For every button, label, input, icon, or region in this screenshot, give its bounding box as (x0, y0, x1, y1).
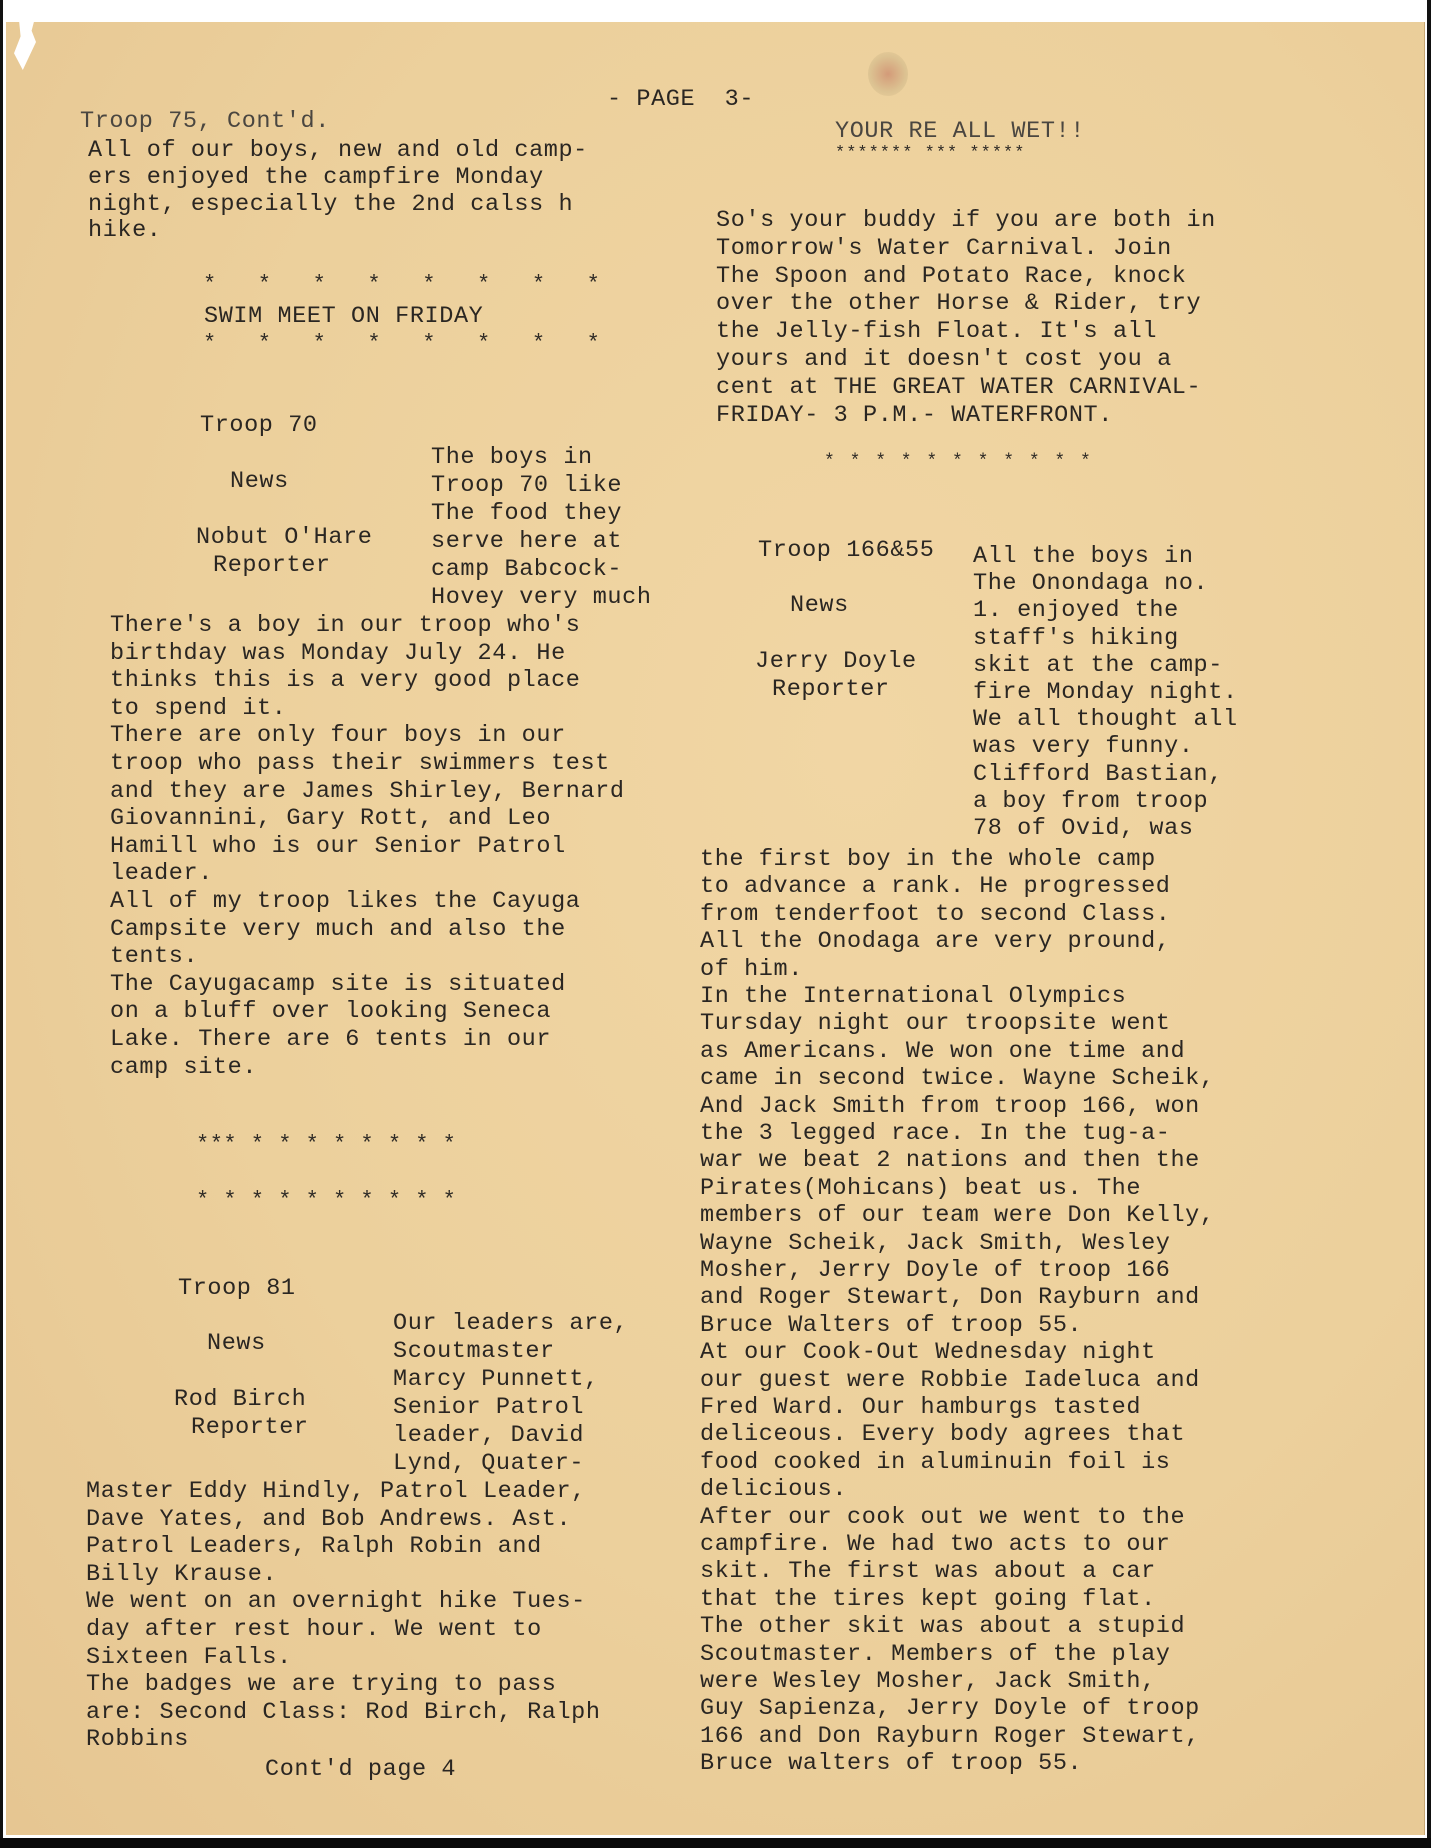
star-divider: * * * * * * * * (203, 272, 600, 297)
text-line: Mosher, Jerry Doyle of troop 166 (700, 1257, 1170, 1284)
text-line: We went on an overnight hike Tues- (86, 1588, 586, 1615)
text-line: to advance a rank. He progressed (700, 873, 1170, 900)
text-line: Lynd, Quater- (393, 1450, 584, 1477)
text-line: as Americans. We won one time and (700, 1038, 1185, 1065)
text-line: and Roger Stewart, Don Rayburn and (700, 1284, 1200, 1311)
troop166-55-title: Troop 166&55 (758, 537, 934, 564)
text-line: Dave Yates, and Bob Andrews. Ast. (86, 1506, 571, 1533)
troop166-55-reporter-label: Reporter (772, 676, 890, 703)
text-line: Senior Patrol (393, 1394, 584, 1421)
text-line: thinks this is a very good place (110, 667, 580, 694)
text-line: of him. (700, 956, 803, 983)
text-line: Sixteen Falls. (86, 1644, 292, 1671)
star-divider: * * * * * * * * (203, 331, 600, 356)
swim-meet-title: SWIM MEET ON FRIDAY (204, 303, 483, 330)
troop81-title: Troop 81 (178, 1275, 296, 1302)
troop81-reporter-label: Reporter (191, 1414, 309, 1441)
text-line: All of our boys, new and old camp- (88, 137, 588, 164)
water-carnival-title: YOUR RE ALL WET!! (835, 118, 1085, 145)
text-line: skit. The first was about a car (700, 1558, 1156, 1585)
text-line: After our cook out we went to the (700, 1504, 1185, 1531)
text-line: and they are James Shirley, Bernard (110, 778, 625, 805)
text-line: day after rest hour. We went to (86, 1616, 542, 1643)
text-line: We all thought all (973, 706, 1238, 733)
star-divider: *** * * * * * * * * (196, 1132, 456, 1157)
text-line: Bruce Walters of troop 55. (700, 1312, 1082, 1339)
text-line: camp Babcock- (431, 556, 622, 583)
troop81-news-label: News (207, 1330, 266, 1357)
text-line: Robbins (86, 1726, 189, 1753)
text-line: Guy Sapienza, Jerry Doyle of troop (700, 1695, 1200, 1722)
text-line: war we beat 2 nations and then the (700, 1147, 1200, 1174)
text-line: All the boys in (973, 543, 1194, 570)
text-line: At our Cook-Out Wednesday night (700, 1339, 1156, 1366)
text-line: a boy from troop (973, 788, 1208, 815)
text-line: There's a boy in our troop who's (110, 612, 580, 639)
text-line: The Spoon and Potato Race, knock (716, 263, 1186, 290)
text-line: Master Eddy Hindly, Patrol Leader, (86, 1478, 586, 1505)
text-line: are: Second Class: Rod Birch, Ralph (86, 1699, 601, 1726)
troop70-reporter-label: Reporter (213, 552, 331, 579)
text-line: All of my troop likes the Cayuga (110, 888, 580, 915)
text-line: The boys in (431, 444, 593, 471)
text-line: Troop 70 like (431, 472, 622, 499)
text-line: food cooked in aluminuin foil is (700, 1449, 1170, 1476)
text-line: Lake. There are 6 tents in our (110, 1026, 551, 1053)
text-line: Hovey very much (431, 584, 652, 611)
text-line: The Onondaga no. (973, 570, 1208, 597)
text-line: was very funny. (973, 733, 1194, 760)
text-line: Hamill who is our Senior Patrol (110, 833, 566, 860)
text-line: campfire. We had two acts to our (700, 1531, 1170, 1558)
star-divider: * * * * * * * * * * * (824, 452, 1093, 472)
text-line: Our leaders are, (393, 1310, 628, 1337)
text-line: And Jack Smith from troop 166, won (700, 1093, 1200, 1120)
text-line: hike. (88, 217, 162, 244)
troop166-55-reporter-name: Jerry Doyle (755, 648, 917, 675)
text-line: Bruce walters of troop 55. (700, 1750, 1082, 1777)
text-line: troop who pass their swimmers test (110, 750, 610, 777)
troop70-news-label: News (230, 468, 289, 495)
scan-border-right (1427, 0, 1431, 1848)
scan-border-left (0, 0, 3, 1848)
text-line: deliceous. Every body agrees that (700, 1421, 1185, 1448)
text-line: leader. (110, 860, 213, 887)
text-line: tents. (110, 943, 198, 970)
star-divider: * * * * * * * * * * (196, 1188, 456, 1213)
text-line: Marcy Punnett, (393, 1366, 599, 1393)
text-line: yours and it doesn't cost you a (716, 346, 1172, 373)
text-line: over the other Horse & Rider, try (716, 290, 1201, 317)
troop75-heading: Troop 75, Cont'd. (80, 108, 330, 135)
text-line: that the tires kept going flat. (700, 1586, 1156, 1613)
text-line: 166 and Don Rayburn Roger Stewart, (700, 1723, 1200, 1750)
text-line: birthday was Monday July 24. He (110, 640, 566, 667)
text-line: members of our team were Don Kelly, (700, 1202, 1215, 1229)
text-line: ers enjoyed the campfire Monday (88, 164, 544, 191)
text-line: In the International Olympics (700, 983, 1126, 1010)
text-line: Campsite very much and also the (110, 916, 566, 943)
troop70-reporter-name: Nobut O'Hare (196, 524, 372, 551)
text-line: night, especially the 2nd calss h (88, 191, 573, 218)
text-line: the Jelly-fish Float. It's all (716, 318, 1157, 345)
text-line: The food they (431, 500, 622, 527)
page-number-header: - PAGE 3- (607, 86, 754, 113)
stain-mark (868, 52, 908, 96)
text-line: leader, David (393, 1422, 584, 1449)
text-line: The badges we are trying to pass (86, 1671, 556, 1698)
text-line: Tursday night our troopsite went (700, 1010, 1170, 1037)
text-line: Tomorrow's Water Carnival. Join (716, 235, 1172, 262)
text-line: our guest were Robbie Iadeluca and (700, 1367, 1200, 1394)
text-line: Clifford Bastian, (973, 761, 1223, 788)
text-line: to spend it. (110, 695, 286, 722)
text-line: skit at the camp- (973, 652, 1223, 679)
text-line: Giovannini, Gary Rott, and Leo (110, 805, 551, 832)
text-line: There are only four boys in our (110, 722, 566, 749)
text-line: 1. enjoyed the (973, 597, 1179, 624)
text-line: fire Monday night. (973, 679, 1238, 706)
text-line: Scoutmaster. Members of the play (700, 1641, 1170, 1668)
title-underline-stars: ******* *** ***** (835, 144, 1025, 163)
text-line: So's your buddy if you are both in (716, 207, 1216, 234)
text-line: Wayne Scheik, Jack Smith, Wesley (700, 1230, 1170, 1257)
text-line: delicious. (700, 1476, 847, 1503)
text-line: were Wesley Mosher, Jack Smith, (700, 1668, 1156, 1695)
text-line: Patrol Leaders, Ralph Robin and (86, 1533, 542, 1560)
text-line: 78 of Ovid, was (973, 815, 1194, 842)
text-line: staff's hiking (973, 625, 1179, 652)
text-line: The Cayugacamp site is situated (110, 971, 566, 998)
troop70-title: Troop 70 (200, 412, 318, 439)
text-line: Billy Krause. (86, 1561, 277, 1588)
text-line: All the Onodaga are very pround, (700, 928, 1170, 955)
text-line: came in second twice. Wayne Scheik, (700, 1065, 1215, 1092)
text-line: The other skit was about a stupid (700, 1613, 1185, 1640)
text-line: cent at THE GREAT WATER CARNIVAL- (716, 374, 1201, 401)
text-line: FRIDAY- 3 P.M.- WATERFRONT. (716, 402, 1113, 429)
text-line: serve here at (431, 528, 622, 555)
text-line: from tenderfoot to second Class. (700, 901, 1170, 928)
text-line: on a bluff over looking Seneca (110, 998, 551, 1025)
text-line: Scoutmaster (393, 1338, 555, 1365)
scan-border-bottom (0, 1838, 1431, 1848)
troop166-55-news-label: News (790, 592, 849, 619)
text-line: the first boy in the whole camp (700, 846, 1156, 873)
text-line: camp site. (110, 1054, 257, 1081)
troop81-reporter-name: Rod Birch (174, 1386, 306, 1413)
text-line: the 3 legged race. In the tug-a- (700, 1120, 1170, 1147)
text-line: Fred Ward. Our hamburgs tasted (700, 1394, 1141, 1421)
continued-note: Cont'd page 4 (265, 1756, 456, 1783)
text-line: Pirates(Mohicans) beat us. The (700, 1175, 1141, 1202)
